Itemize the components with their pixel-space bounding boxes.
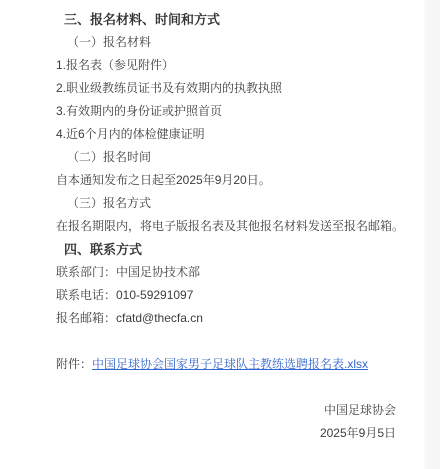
scrollbar-track[interactable] [424,0,440,469]
section3-heading: 三、报名材料、时间和方式 [64,8,396,31]
subsection-time-heading: （二）报名时间 [67,146,396,169]
signature-date: 2025年9月5日 [56,422,396,445]
notice-document: 三、报名材料、时间和方式 （一）报名材料 1.报名表（参见附件） 2.职业级教练… [0,0,424,445]
material-item-1: 1.报名表（参见附件） [56,54,396,77]
attachment-link[interactable]: 中国足球协会国家男子足球队主教练选聘报名表.xlsx [92,357,368,371]
signature-org: 中国足球协会 [56,399,396,422]
attachment-line: 附件：中国足球协会国家男子足球队主教练选聘报名表.xlsx [56,353,396,376]
material-item-3: 3.有效期内的身份证或护照首页 [56,100,396,123]
contact-department: 联系部门：中国足协技术部 [56,261,396,284]
section4-heading: 四、联系方式 [64,238,396,261]
time-body: 自本通知发布之日起至2025年9月20日。 [56,169,396,192]
material-item-4: 4.近6个月内的体检健康证明 [56,123,396,146]
contact-email: 报名邮箱：cfatd@thecfa.cn [56,307,396,330]
subsection-method-heading: （三）报名方式 [67,192,396,215]
contact-phone: 联系电话：010-59291097 [56,284,396,307]
attachment-label: 附件： [56,357,92,371]
method-body: 在报名期限内，将电子版报名表及其他报名材料发送至报名邮箱。 [56,215,396,238]
material-item-2: 2.职业级教练员证书及有效期内的执教执照 [56,77,396,100]
subsection-materials-heading: （一）报名材料 [67,31,396,54]
